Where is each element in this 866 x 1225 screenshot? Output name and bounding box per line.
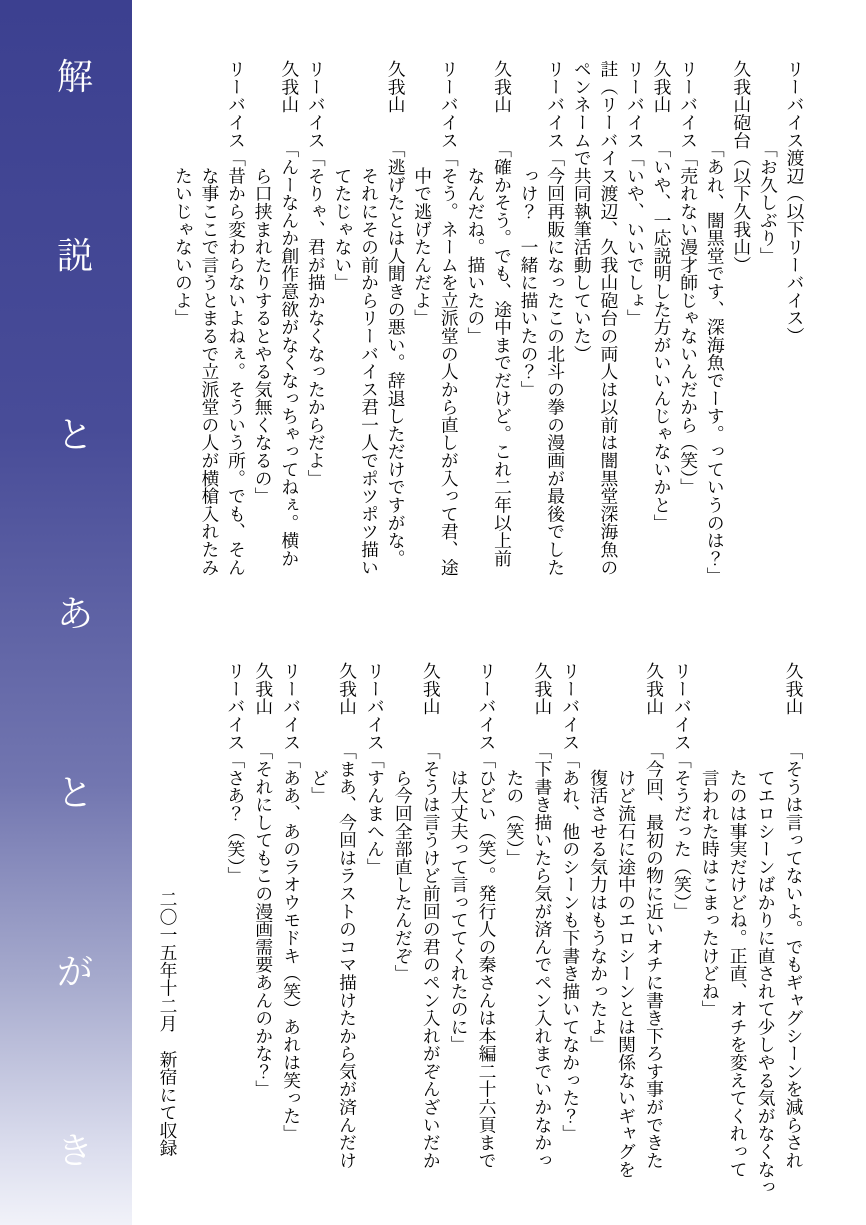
dialogue-line: 久我山 「確かそう。でも、途中までだけど。これ二年以上前 (488, 60, 515, 590)
dialogue-line: それにその前からリーバイス君一人でポツポツ描い (355, 60, 382, 590)
banner-title-char: と (57, 776, 93, 812)
dialogue-line: ど」 (305, 662, 333, 1210)
banner-title-char: が (57, 955, 93, 991)
dialogue-line: 久我山 「今回、最初の物に近いオチに書き下ろす事ができた (640, 662, 668, 1210)
banner-title-char: あ (57, 597, 93, 633)
dialogue-line: な事ここで言うとまるで立派堂の人が横槍入れたみ (195, 60, 222, 590)
dialogue-line: 久我山 「逃げたとは人聞きの悪い。辞退しただけですがな。 (382, 60, 409, 590)
dialogue-line: リーバイス「さあ？（笑）」 (221, 662, 249, 1210)
dialogue-line: リーバイス「今回再販になったこの北斗の拳の漫画が最後でした (541, 60, 568, 590)
dialogue-line: 久我山 「まあ、今回はラストのコマ描けたから気が済んだけ (333, 662, 361, 1210)
dialogue-line: けど流石に途中のエロシーンとは関係ないギャグを (612, 662, 640, 1210)
dialogue-line: たの（笑）」 (500, 662, 528, 1210)
dialogue-line: 久我山 「んーなんか創作意欲がなくなっちゃってねぇ。横か (275, 60, 302, 590)
dialogue-line: っけ？ 一緒に描いたの？」 (514, 60, 541, 590)
dialogue-line: ら口挟まれたりするとやる気無くなるの」 (249, 60, 276, 590)
dialogue-line: は大丈夫って言っててくれたのに」 (444, 662, 472, 1210)
dialogue-line: 久我山 「そうは言ってないよ。でもギャグシーンを減らされ (779, 662, 807, 1210)
dialogue-line: たいじゃないのよ」 (169, 60, 196, 590)
dialogue-line: リーバイス「昔から変わらないよねぇ。そういう所。でも、そん (222, 60, 249, 590)
dialogue-line: 久我山 「下書き描いたら気が済んでペン入れまでいかなかっ (528, 662, 556, 1210)
dialogue-line: リーバイス「売れない漫才師じゃないんだから（笑）」 (674, 60, 701, 590)
dialogue-line: 久我山 「それにしてもこの漫画需要あんのかな？」 (249, 662, 277, 1210)
afterword-page: 解説とあとがき リーバイス渡辺（以下リーバイス） 「お久しぶり」久我山砲台（以下… (0, 0, 866, 1225)
dialogue-line: リーバイス「ああ、あのラオウモドキ（笑）あれは笑った」 (277, 662, 305, 1210)
dialogue-line: リーバイス「そう。ネームを立派堂の人から直しが入って君、途 (435, 60, 462, 590)
dialogue-line: リーバイス「ひどい（笑）。発行人の秦さんは本編二十六頁まで (472, 662, 500, 1210)
dialogue-line: 久我山 「いや、一応説明した方がいいんじゃないかと」 (647, 60, 674, 590)
title-banner: 解説とあとがき (0, 0, 132, 1225)
dialogue-block-bottom: 久我山 「そうは言ってないよ。でもギャグシーンを減らされ てエロシーンばかりに直… (221, 662, 807, 1210)
banner-title-char: と (57, 418, 93, 454)
dialogue-line: なんだね。描いたの」 (461, 60, 488, 590)
dialogue-line: リーバイス渡辺（以下リーバイス） (780, 60, 807, 590)
dialogue-line: リーバイス「そうだった（笑）」 (667, 662, 695, 1210)
dialogue-line: てエロシーンばかりに直されて少しやる気がなくなっ (751, 662, 779, 1210)
dialogue-block-top: リーバイス渡辺（以下リーバイス） 「お久しぶり」久我山砲台（以下久我山） 「あれ… (169, 60, 807, 590)
dialogue-line: リーバイス「すんまへん」 (361, 662, 389, 1210)
dialogue-line: 中で逃げたんだよ」 (408, 60, 435, 590)
dialogue-line: リーバイス「いや、いいでしょ」 (621, 60, 648, 590)
banner-title-char: 解 (57, 60, 93, 96)
dialogue-line: 「お久しぶり」 (754, 60, 781, 590)
dialogue-line: 復活させる気力はもうなかったよ」 (584, 662, 612, 1210)
dialogue-line: 久我山 「そうは言うけど前回の君のペン入れがぞんざいだか (416, 662, 444, 1210)
recording-date: 二〇一五年十二月 新宿にて収録 (153, 890, 180, 1157)
dialogue-line: ら今回全部直したんだぞ」 (388, 662, 416, 1210)
banner-title-char: き (57, 1134, 93, 1170)
dialogue-line: リーバイス「そりゃ、君が描かなくなったからだよ」 (302, 60, 329, 590)
dialogue-line: リーバイス「あれ、他のシーンも下書き描いてなかった？」 (556, 662, 584, 1210)
dialogue-line: 言われた時はこまったけどね」 (695, 662, 723, 1210)
dialogue-line: 註（リーバイス渡辺、久我山砲台の両人は以前は闇黒堂深海魚の (594, 60, 621, 590)
dialogue-line: 久我山砲台（以下久我山） (727, 60, 754, 590)
dialogue-line: ペンネームで共同執筆活動していた） (568, 60, 595, 590)
dialogue-line: たのは事実だけどね。正直、オチを変えてくれって (723, 662, 751, 1210)
dialogue-line: てたじゃない」 (328, 60, 355, 590)
banner-title: 解説とあとがき (9, 60, 141, 1170)
dialogue-line: 「あれ、闇黒堂です、深海魚でーす。っていうのは？」 (701, 60, 728, 590)
banner-title-char: 説 (57, 239, 93, 275)
